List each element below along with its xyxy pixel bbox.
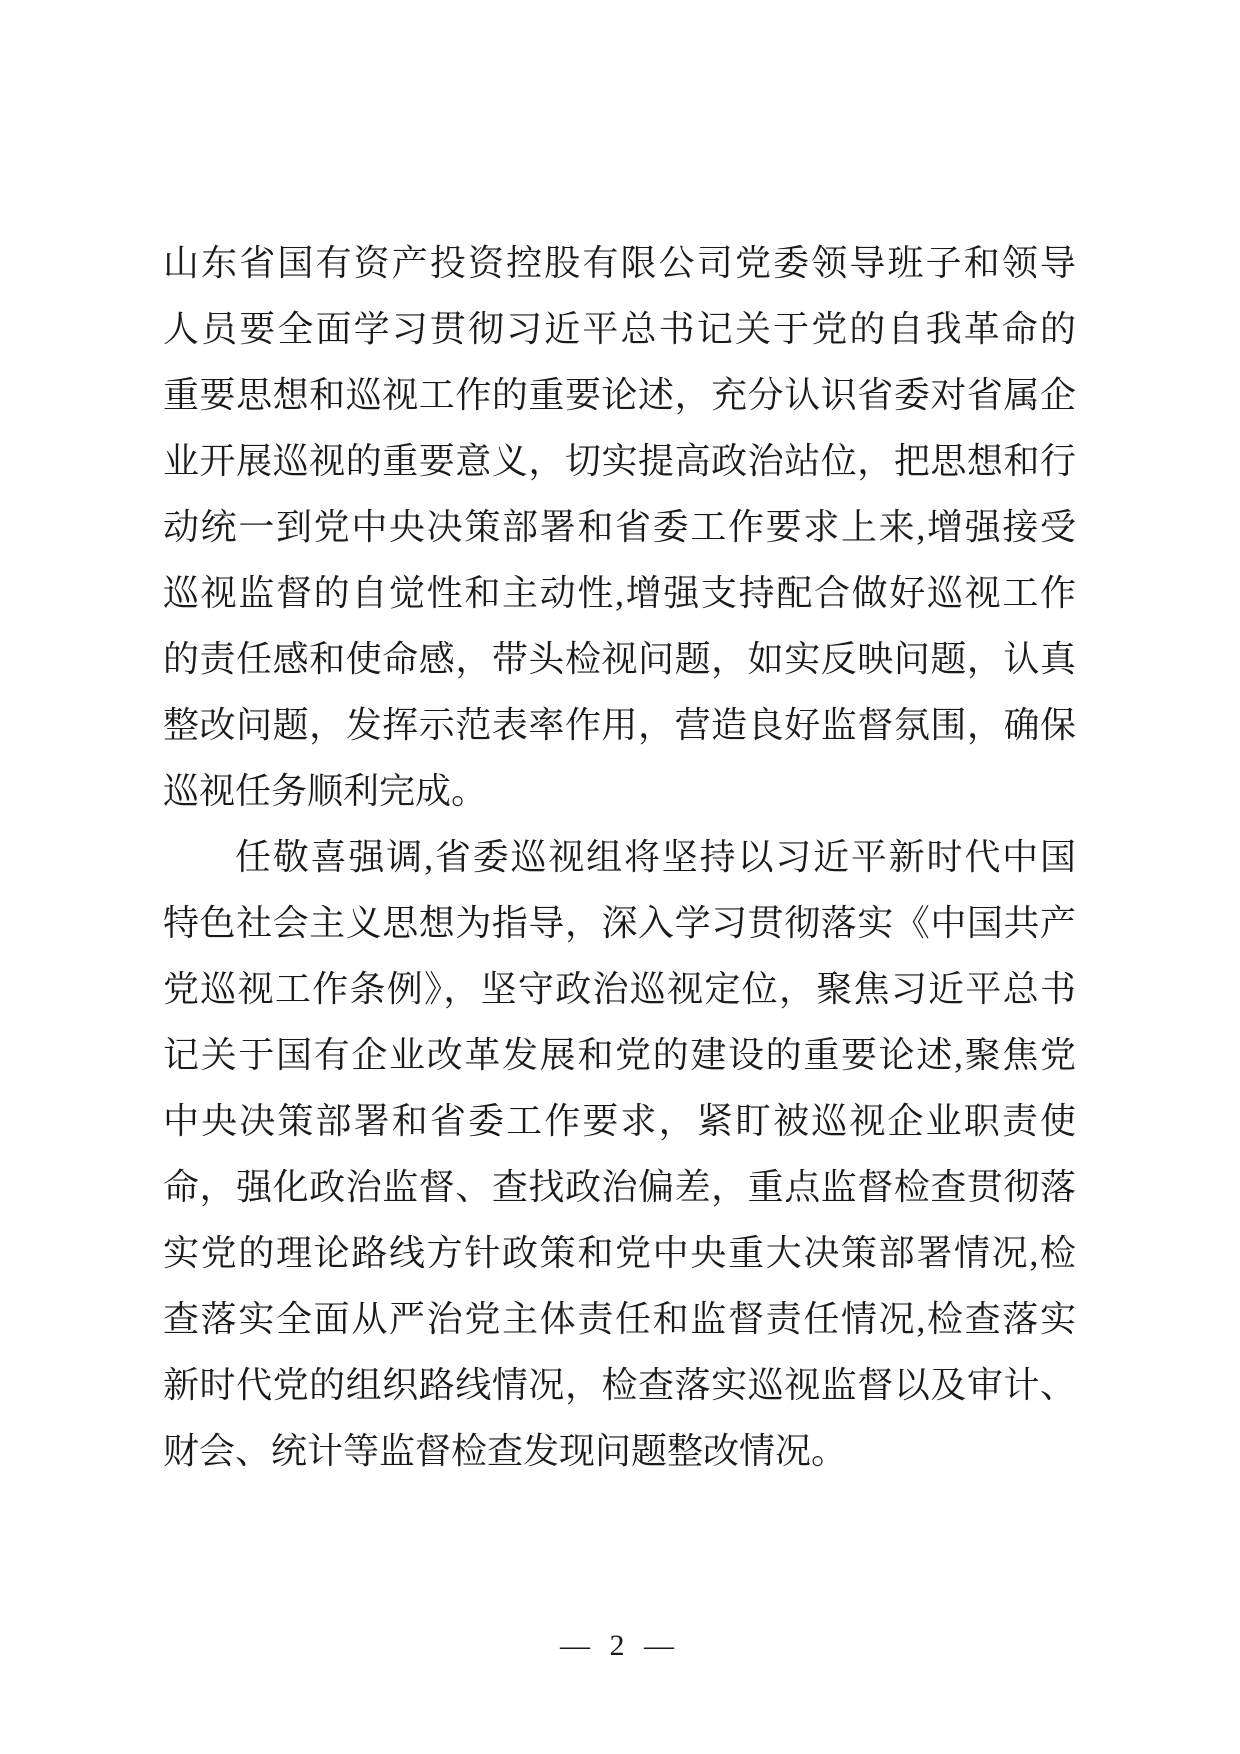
text-line: 业开展巡视的重要意义，切实提高政治站位，把思想和行 xyxy=(163,428,1076,494)
page-number: — 2 — xyxy=(0,1628,1240,1664)
text-line: 实党的理论路线方针政策和党中央重大决策部署情况,检 xyxy=(163,1220,1076,1286)
text-line: 命，强化政治监督、查找政治偏差，重点监督检查贯彻落 xyxy=(163,1154,1076,1220)
text-line: 人员要全面学习贯彻习近平总书记关于党的自我革命的 xyxy=(163,296,1076,362)
text-line: 党巡视工作条例》，坚守政治巡视定位，聚焦习近平总书 xyxy=(163,956,1076,1022)
document-page: 山东省国有资产投资控股有限公司党委领导班子和领导 人员要全面学习贯彻习近平总书记… xyxy=(0,0,1240,1754)
text-line: 巡视监督的自觉性和主动性,增强支持配合做好巡视工作 xyxy=(163,560,1076,626)
text-line: 特色社会主义思想为指导，深入学习贯彻落实《中国共产 xyxy=(163,890,1076,956)
text-line: 中央决策部署和省委工作要求，紧盯被巡视企业职责使 xyxy=(163,1088,1076,1154)
text-line: 整改问题，发挥示范表率作用，营造良好监督氛围，确保 xyxy=(163,692,1076,758)
text-line: 记关于国有企业改革发展和党的建设的重要论述,聚焦党 xyxy=(163,1022,1076,1088)
text-line: 的责任感和使命感，带头检视问题，如实反映问题，认真 xyxy=(163,626,1076,692)
text-line: 任敬喜强调,省委巡视组将坚持以习近平新时代中国 xyxy=(163,824,1076,890)
text-line: 重要思想和巡视工作的重要论述，充分认识省委对省属企 xyxy=(163,362,1076,428)
text-line: 巡视任务顺利完成。 xyxy=(163,758,1076,824)
text-line: 财会、统计等监督检查发现问题整改情况。 xyxy=(163,1418,1076,1484)
text-line: 新时代党的组织路线情况，检查落实巡视监督以及审计、 xyxy=(163,1352,1076,1418)
text-line: 查落实全面从严治党主体责任和监督责任情况,检查落实 xyxy=(163,1286,1076,1352)
text-line: 动统一到党中央决策部署和省委工作要求上来,增强接受 xyxy=(163,494,1076,560)
text-line: 山东省国有资产投资控股有限公司党委领导班子和领导 xyxy=(163,230,1076,296)
document-body: 山东省国有资产投资控股有限公司党委领导班子和领导 人员要全面学习贯彻习近平总书记… xyxy=(163,230,1076,1484)
